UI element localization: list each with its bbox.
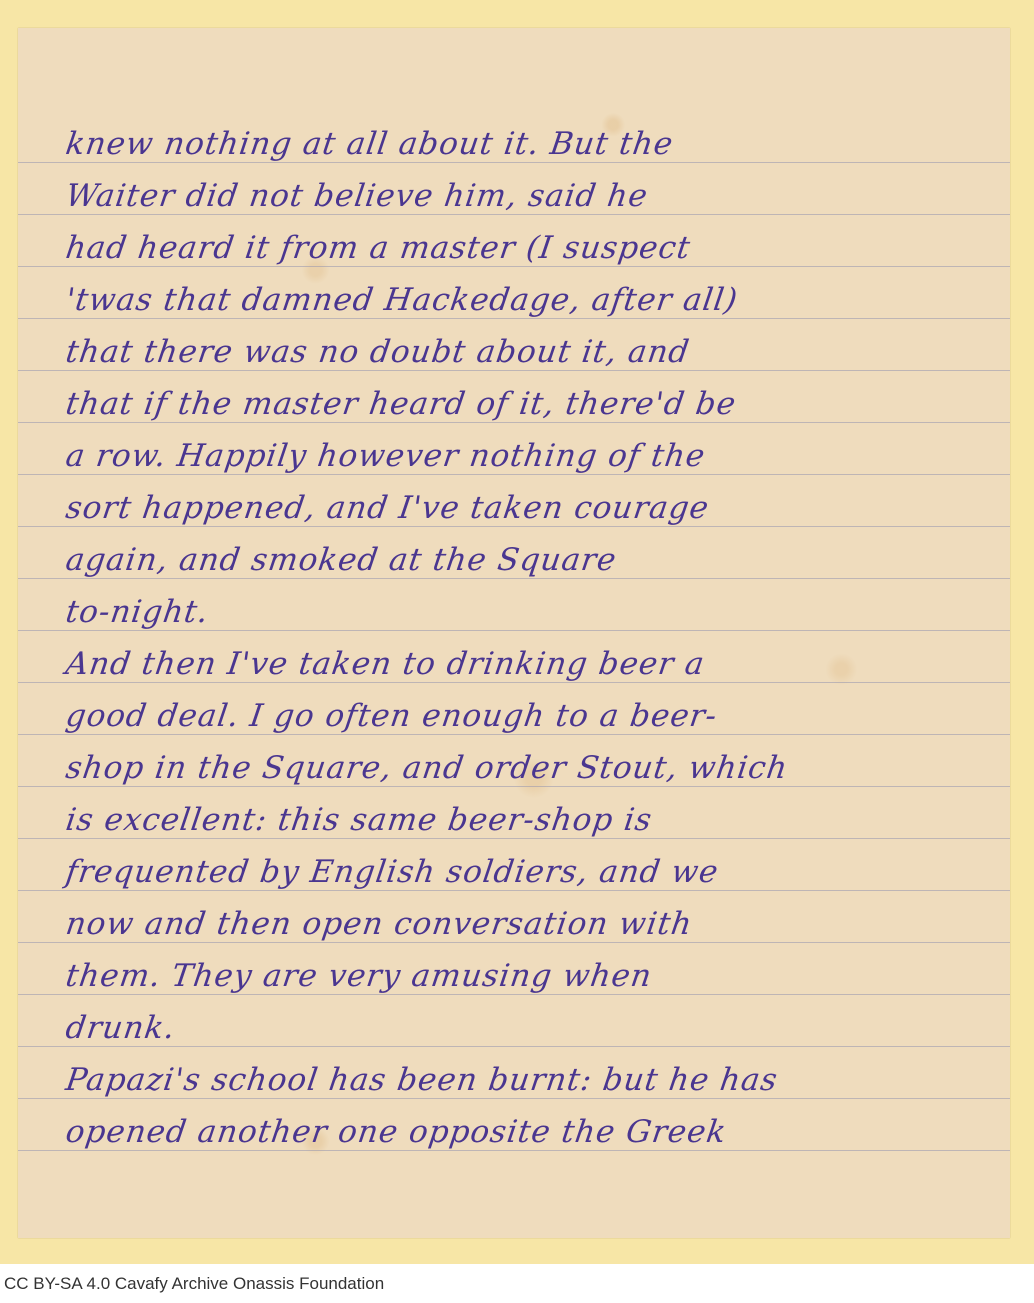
handwritten-line: had heard it from a master (I suspect bbox=[63, 230, 693, 266]
ruled-line bbox=[18, 526, 1010, 527]
letter-page: knew nothing at all about it. But the Wa… bbox=[18, 28, 1010, 1238]
ruled-line bbox=[18, 578, 1010, 579]
ruled-line bbox=[18, 630, 1010, 631]
ruled-line bbox=[18, 682, 1010, 683]
ruled-line bbox=[18, 474, 1010, 475]
handwritten-line: And then I've taken to drinking beer a bbox=[63, 646, 707, 682]
handwritten-line: shop in the Square, and order Stout, whi… bbox=[63, 750, 790, 786]
ruled-line bbox=[18, 838, 1010, 839]
handwritten-line: that there was no doubt about it, and bbox=[63, 334, 692, 370]
handwritten-line: frequented by English soldiers, and we bbox=[63, 854, 721, 890]
handwritten-line: knew nothing at all about it. But the bbox=[63, 126, 675, 162]
ruled-line bbox=[18, 214, 1010, 215]
ruled-line bbox=[18, 422, 1010, 423]
handwritten-line: Waiter did not believe him, said he bbox=[63, 178, 650, 214]
ruled-line bbox=[18, 266, 1010, 267]
ruled-line bbox=[18, 942, 1010, 943]
handwritten-line: good deal. I go often enough to a beer- bbox=[63, 698, 719, 734]
ruled-line bbox=[18, 318, 1010, 319]
ruled-line bbox=[18, 890, 1010, 891]
handwritten-line: sort happened, and I've taken courage bbox=[63, 490, 711, 526]
handwritten-line: again, and smoked at the Square bbox=[63, 542, 619, 578]
handwritten-line: Papazi's school has been burnt: but he h… bbox=[63, 1062, 780, 1098]
handwritten-line: opened another one opposite the Greek bbox=[63, 1114, 728, 1150]
ruled-line bbox=[18, 162, 1010, 163]
handwritten-line: to-night. bbox=[63, 594, 211, 630]
handwritten-line: 'twas that damned Hackedage, after all) bbox=[63, 282, 740, 318]
ruled-line bbox=[18, 1046, 1010, 1047]
ruled-line bbox=[18, 1150, 1010, 1151]
handwritten-line: drunk. bbox=[63, 1010, 177, 1046]
ruled-line bbox=[18, 734, 1010, 735]
handwritten-line: a row. Happily however nothing of the bbox=[63, 438, 707, 474]
ruled-line bbox=[18, 786, 1010, 787]
handwritten-line: that if the master heard of it, there'd … bbox=[63, 386, 738, 422]
handwritten-line: now and then open conversation with bbox=[63, 906, 694, 942]
ruled-line bbox=[18, 1098, 1010, 1099]
ruled-line bbox=[18, 994, 1010, 995]
handwritten-line: them. They are very amusing when bbox=[63, 958, 654, 994]
handwritten-line: is excellent: this same beer-shop is bbox=[63, 802, 654, 838]
license-caption: CC BY-SA 4.0 Cavafy Archive Onassis Foun… bbox=[4, 1274, 384, 1294]
ruled-line bbox=[18, 370, 1010, 371]
